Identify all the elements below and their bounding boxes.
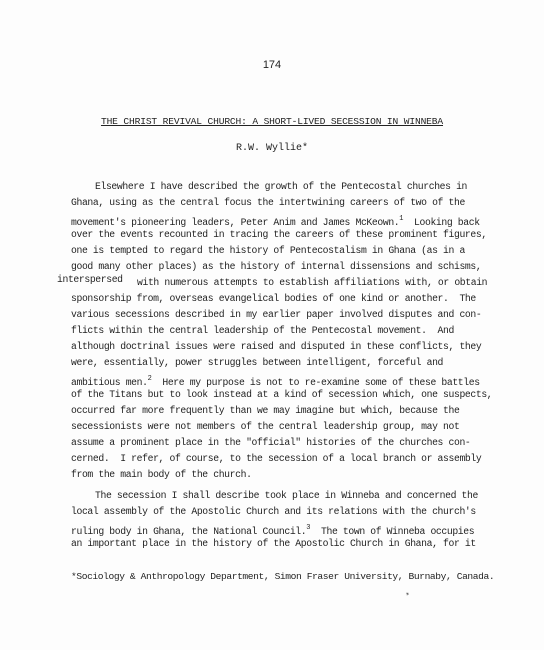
article-title: THE CHRIST REVIVAL CHURCH: A SHORT-LIVED… xyxy=(0,116,544,127)
body-line: movement's pioneering leaders, Peter Ani… xyxy=(71,213,480,229)
body-line: over the events recounted in tracing the… xyxy=(71,229,487,241)
body-line: with numerous attempts to establish affi… xyxy=(137,277,487,289)
body-line: The secession I shall describe took plac… xyxy=(95,490,478,502)
body-line: various secessions described in my earli… xyxy=(71,309,481,321)
body-text: The town of Winneba occupies xyxy=(310,526,474,537)
margin-insert: interspersed xyxy=(57,274,123,286)
body-text: Looking back xyxy=(403,217,480,228)
body-line: were, essentially, power struggles betwe… xyxy=(71,357,443,369)
body-line: local assembly of the Apostolic Church a… xyxy=(71,506,476,518)
body-line: from the main body of the church. xyxy=(71,469,252,481)
body-line: ruling body in Ghana, the National Counc… xyxy=(71,522,474,538)
body-line: secessionists were not members of the ce… xyxy=(71,421,459,433)
body-text: Here my purpose is not to re-examine som… xyxy=(151,377,479,388)
body-text: ambitious men. xyxy=(71,377,148,388)
body-text: movement's pioneering leaders, Peter Ani… xyxy=(71,217,399,228)
body-line: Elsewhere I have described the growth of… xyxy=(95,181,467,193)
body-line: sponsorship from, overseas evangelical b… xyxy=(71,293,476,305)
body-line: an important place in the history of the… xyxy=(71,538,476,550)
body-line: ambitious men.2 Here my purpose is not t… xyxy=(71,373,480,389)
body-line: although doctrinal issues were raised an… xyxy=(71,341,481,353)
body-line: cerned. I refer, of course, to the seces… xyxy=(71,453,481,465)
body-line: good many other places) as the history o… xyxy=(71,261,481,273)
body-line: assume a prominent place in the "officia… xyxy=(71,437,470,449)
page-number: 174 xyxy=(0,59,544,71)
body-text: ruling body in Ghana, the National Counc… xyxy=(71,526,306,537)
body-line: of the Titans but to look instead at a k… xyxy=(71,389,492,401)
author-line: R.W. Wyllie* xyxy=(0,143,544,154)
document-page: 174 THE CHRIST REVIVAL CHURCH: A SHORT-L… xyxy=(0,0,544,650)
affiliation-footnote: *Sociology & Anthropology Department, Si… xyxy=(71,571,494,582)
stray-mark: * xyxy=(405,591,413,601)
body-line: Ghana, using as the central focus the in… xyxy=(71,197,465,209)
body-line: one is tempted to regard the history of … xyxy=(71,245,465,257)
article-title-text: THE CHRIST REVIVAL CHURCH: A SHORT-LIVED… xyxy=(101,116,443,127)
body-line: occurred far more frequently than we may… xyxy=(71,405,459,417)
body-line: flicts within the central leadership of … xyxy=(71,325,454,337)
